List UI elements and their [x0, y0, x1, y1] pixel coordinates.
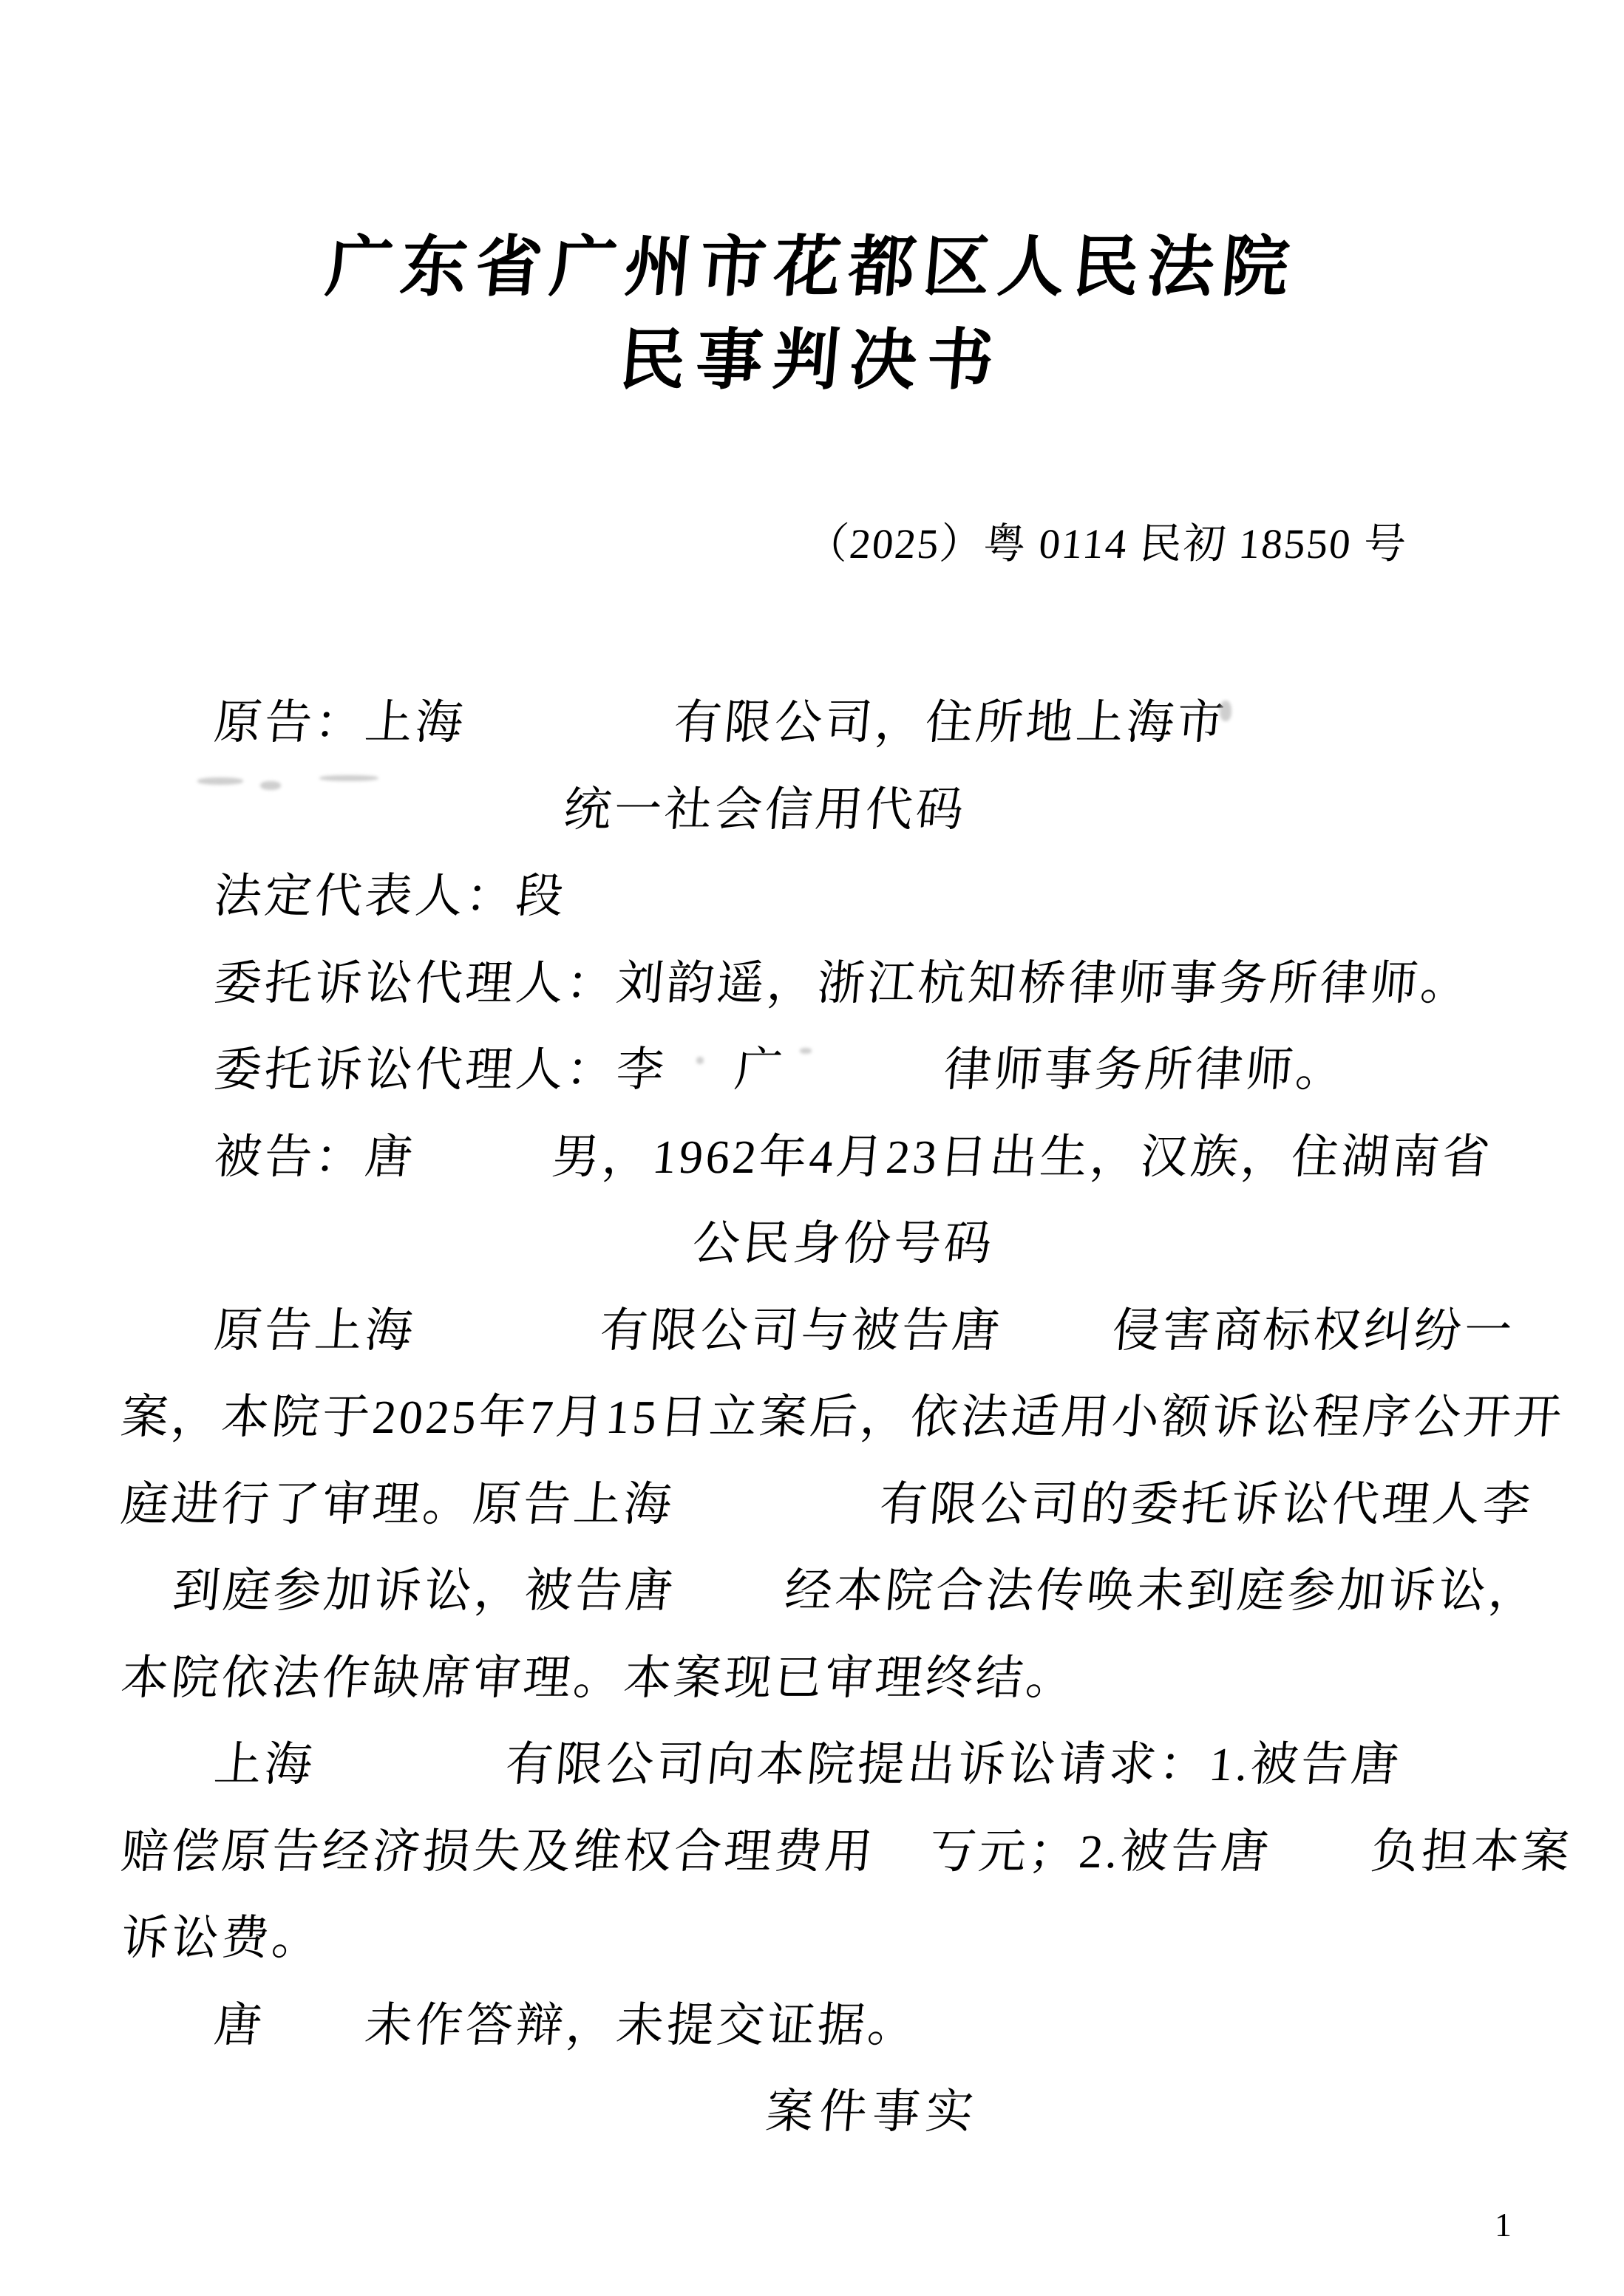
text-line: 公民身份号码	[118, 1200, 1583, 1287]
redacted-gap	[414, 1167, 551, 1173]
text-segment: 有限公司的委托诉讼代理人李	[877, 1478, 1535, 1530]
doc-type-title: 民事判决书	[0, 306, 1624, 402]
redacted-gap	[1270, 1861, 1370, 1867]
text-segment: 统一社会信用代码	[562, 783, 968, 836]
text-segment: 被告：唐	[212, 1131, 418, 1183]
text-segment: 案件事实	[764, 2085, 981, 2138]
text-segment: 有限公司与被告唐	[598, 1304, 1005, 1357]
text-segment: 公民身份号码	[690, 1217, 996, 1270]
text-segment: 到庭参加诉讼，被告唐	[171, 1564, 678, 1617]
text-segment: 庭进行了审理。原告上海	[119, 1478, 676, 1530]
text-line: 法定代表人：段	[118, 853, 1583, 940]
text-line: 案，本院于2025年7月15日立案后，依法适用小额诉讼程序公开开	[118, 1374, 1583, 1461]
text-line: 庭进行了审理。原告上海有限公司的委托诉讼代理人李	[118, 1461, 1583, 1548]
text-segment: 未作答辩，未提交证据。	[363, 1999, 920, 2051]
body-lines: 原告：上海有限公司，住所地上海市统一社会信用代码法定代表人：段委托诉讼代理人：刘…	[121, 679, 1580, 2156]
scan-artifact	[197, 777, 243, 785]
redacted-gap	[674, 1601, 784, 1607]
text-segment: 丂元；2.被告唐	[926, 1825, 1274, 1878]
text-segment: 法定代表人：段	[212, 870, 568, 922]
text-segment: 委托诉讼代理人：李	[212, 1043, 669, 1096]
scan-artifact	[319, 775, 378, 781]
text-segment: 男，1962年4月23日出生，汉族，住湖南省	[550, 1131, 1495, 1183]
text-line: 原告上海有限公司与被告唐侵害商标权纠纷一	[118, 1287, 1583, 1374]
case-number: （2025）粤 0114 民初 18550 号	[803, 510, 1410, 570]
redacted-gap	[665, 1080, 734, 1086]
scan-artifact	[260, 781, 281, 790]
text-line: 原告：上海有限公司，住所地上海市	[118, 679, 1583, 766]
text-segment: 唐	[212, 1999, 267, 2051]
text-segment: 负担本案	[1369, 1825, 1574, 1878]
scan-artifact	[1220, 701, 1231, 721]
redacted-gap	[313, 1774, 505, 1780]
text-line: 委托诉讼代理人：刘韵遥，浙江杭知桥律师事务所律师。	[118, 940, 1583, 1027]
text-segment: 侵害商标权纠纷一	[1110, 1304, 1517, 1357]
text-segment: 案，本院于2025年7月15日立案后，依法适用小额诉讼程序公开开	[119, 1391, 1566, 1443]
text-segment: 原告：上海	[212, 696, 468, 749]
text-line: 诉讼费。	[118, 1895, 1583, 1982]
text-segment: 有限公司向本院提出诉讼请求：1.被告唐	[503, 1738, 1404, 1791]
text-line: 到庭参加诉讼，被告唐经本院合法传唤未到庭参加诉讼，	[118, 1547, 1583, 1635]
redacted-gap	[464, 732, 673, 738]
text-segment: 上海	[212, 1738, 317, 1791]
redacted-gap	[1001, 1341, 1112, 1346]
text-segment: 委托诉讼代理人：刘韵遥，浙江杭知桥律师事务所律师。	[212, 957, 1473, 1009]
page-number: 1	[1495, 2205, 1512, 2244]
text-line: 被告：唐男，1962年4月23日出生，汉族，住湖南省	[118, 1114, 1583, 1201]
redacted-gap	[414, 1341, 599, 1346]
text-line: 本院依法作缺席审理。本案现已审理终结。	[118, 1635, 1583, 1722]
redacted-gap	[874, 1861, 928, 1867]
text-segment: 广	[733, 1043, 787, 1096]
redacted-gap	[673, 1514, 879, 1520]
scan-artifact	[696, 1057, 704, 1064]
scan-artifact	[800, 1048, 812, 1054]
text-line: 赔偿原告经济损失及维权合理费用丂元；2.被告唐负担本案	[118, 1808, 1583, 1895]
section-header: 案件事实	[118, 2068, 1583, 2156]
redacted-gap	[784, 1080, 943, 1086]
text-line: 上海有限公司向本院提出诉讼请求：1.被告唐	[118, 1721, 1583, 1808]
text-segment: 本院依法作缺席审理。本案现已审理终结。	[119, 1652, 1078, 1704]
court-title: 广东省广州市花都区人民法院	[0, 213, 1624, 309]
text-segment: 有限公司，住所地上海市	[672, 696, 1229, 749]
judgment-page: 广东省广州市花都区人民法院 民事判决书 （2025）粤 0114 民初 1855…	[0, 0, 1624, 2296]
text-line: 唐未作答辩，未提交证据。	[118, 1982, 1583, 2069]
text-line: 委托诉讼代理人：李广律师事务所律师。	[118, 1026, 1583, 1114]
text-segment: 律师事务所律师。	[942, 1043, 1348, 1096]
text-segment: 赔偿原告经济损失及维权合理费用	[119, 1825, 877, 1878]
text-segment: 诉讼费。	[119, 1912, 325, 1964]
text-segment: 原告上海	[212, 1304, 418, 1357]
text-segment: 经本院合法传唤未到庭参加诉讼，	[783, 1564, 1541, 1617]
redacted-gap	[263, 2035, 364, 2041]
